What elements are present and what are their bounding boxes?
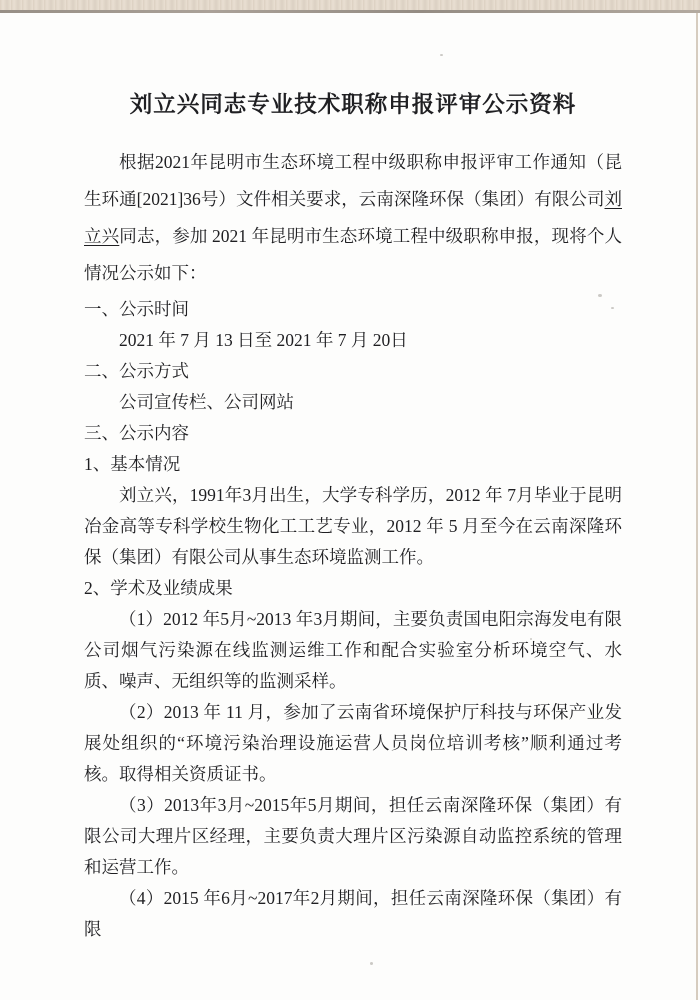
scanned-document-page: 刘立兴同志专业技术职称申报评审公示资料 根据2021年昆明市生态环境工程中级职称… [0,0,700,1000]
subsection-heading-basic-info: 1、基本情况 [84,449,622,480]
scan-speck [440,54,443,56]
document-sections: 一、公示时间 2021 年 7 月 13 日至 2021 年 7 月 20日 二… [84,294,622,945]
achievement-item-2: （2）2013 年 11 月，参加了云南省环境保护厅科技与环保产业发展处组织的“… [84,697,622,790]
intro-text-after-name: 同志，参加 2021 年昆明市生态环境工程中级职称申报，现将个人情况公示如下： [84,226,622,283]
publicity-method-value: 公司宣传栏、公司网站 [84,387,622,418]
intro-text-before-name: 根据2021年昆明市生态环境工程中级职称申报评审工作通知（昆生环通[2021]3… [84,152,622,209]
section-heading-publicity-content: 三、公示内容 [84,418,622,449]
achievement-item-1: （1）2012 年5月~2013 年3月期间，主要负责国电阳宗海发电有限公司烟气… [84,604,622,697]
document-title: 刘立兴同志专业技术职称申报评审公示资料 [84,90,622,120]
section-heading-publicity-time: 一、公示时间 [84,294,622,325]
intro-paragraph: 根据2021年昆明市生态环境工程中级职称申报评审工作通知（昆生环通[2021]3… [84,144,622,292]
section-heading-publicity-method: 二、公示方式 [84,356,622,387]
scan-speck [370,962,373,965]
document-content: 刘立兴同志专业技术职称申报评审公示资料 根据2021年昆明市生态环境工程中级职称… [84,90,622,945]
scan-right-paper-edge [696,13,698,1000]
subsection-heading-achievements: 2、学术及业绩成果 [84,573,622,604]
scan-top-edge-band [0,0,700,10]
scan-top-edge-line [0,10,700,13]
achievement-item-4: （4）2015 年6月~2017年2月期间，担任云南深隆环保（集团）有限 [84,883,622,945]
achievement-item-3: （3）2013年3月~2015年5月期间，担任云南深隆环保（集团）有限公司大理片… [84,790,622,883]
basic-info-paragraph: 刘立兴，1991年3月出生，大学专科学历，2012 年 7月毕业于昆明冶金高等专… [84,480,622,573]
publicity-time-value: 2021 年 7 月 13 日至 2021 年 7 月 20日 [84,325,622,356]
